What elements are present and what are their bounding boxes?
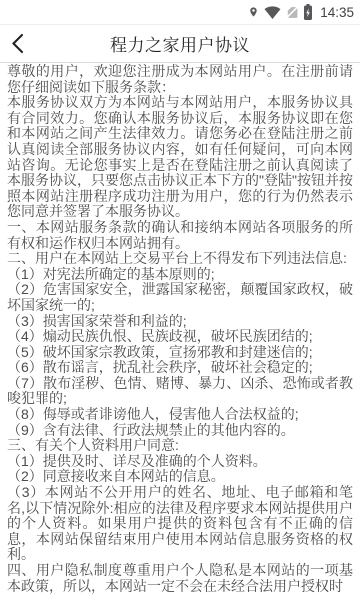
agreement-paragraph: （2）同意接收来自本网站的信息。	[7, 469, 353, 485]
agreement-paragraph: （3）损害国家荣誉和利益的;	[7, 314, 353, 330]
battery-charging-icon	[303, 4, 313, 20]
status-bar: 14:35	[0, 0, 360, 25]
agreement-paragraph: （6）散布谣言，扰乱社会秩序，破坏社会稳定的;	[7, 360, 353, 376]
status-bar-time: 14:35	[320, 5, 354, 20]
agreement-paragraph: （3）本网站不公开用户的姓名、地址、电子邮箱和笔名,以下情况除外:相应的法律及程…	[7, 485, 353, 563]
no-sim-icon	[286, 6, 298, 19]
agreement-paragraph: 本服务协议双方为本网站与本网站用户，本服务协议具有合同效力。您确认本服务协议后，…	[7, 95, 353, 220]
agreement-content[interactable]: 尊敬的用户，欢迎您注册成为本网站用户。在注册前请您仔细阅读如下服务条款： 本服务…	[0, 63, 360, 594]
agreement-paragraph: 尊敬的用户，欢迎您注册成为本网站用户。在注册前请您仔细阅读如下服务条款：	[7, 64, 353, 95]
agreement-paragraph: （9）含有法律、行政法规禁止的其他内容的。	[7, 423, 353, 439]
agreement-paragraph: 二、用户在本网站上交易平台上不得发布下列违法信息:	[7, 251, 353, 267]
nav-bar: 程力之家用户协议	[0, 25, 360, 63]
agreement-paragraph: （1）对宪法所确定的基本原则的;	[7, 267, 353, 283]
agreement-paragraph: （7）散布淫秽、色情、赌博、暴力、凶杀、恐怖或者教唆犯罪的;	[7, 376, 353, 407]
location-pin-icon	[248, 5, 259, 19]
agreement-paragraph: 一、本网站服务条款的确认和接纳本网站各项服务的所有权和运作权归本网站拥有。	[7, 220, 353, 251]
wifi-icon	[264, 6, 281, 19]
agreement-paragraph: （8）侮辱或者诽谤他人，侵害他人合法权益的;	[7, 407, 353, 423]
agreement-paragraph: （2）危害国家安全，泄露国家秘密，颠覆国家政权，破坏国家统一的;	[7, 282, 353, 313]
app-screen: 14:35 程力之家用户协议 尊敬的用户，欢迎您注册成为本网站用户。在注册前请您…	[0, 0, 360, 600]
agreement-paragraph: 三、有关个人资料用户同意:	[7, 438, 353, 454]
back-button[interactable]	[6, 25, 38, 62]
page-title: 程力之家用户协议	[110, 31, 250, 56]
agreement-paragraph: （4）煽动民族仇恨、民族歧视，破坏民族团结的;	[7, 329, 353, 345]
agreement-paragraph: （5）破坏国家宗教政策，宣扬邪教和封建迷信的;	[7, 345, 353, 361]
agreement-paragraph: 四、用户隐私制度尊重用户个人隐私是本网站的一项基本政策，所以，本网站一定不会在未…	[7, 563, 353, 594]
agreement-paragraph: （1）提供及时、详尽及准确的个人资料。	[7, 454, 353, 470]
chevron-left-icon	[11, 33, 24, 54]
